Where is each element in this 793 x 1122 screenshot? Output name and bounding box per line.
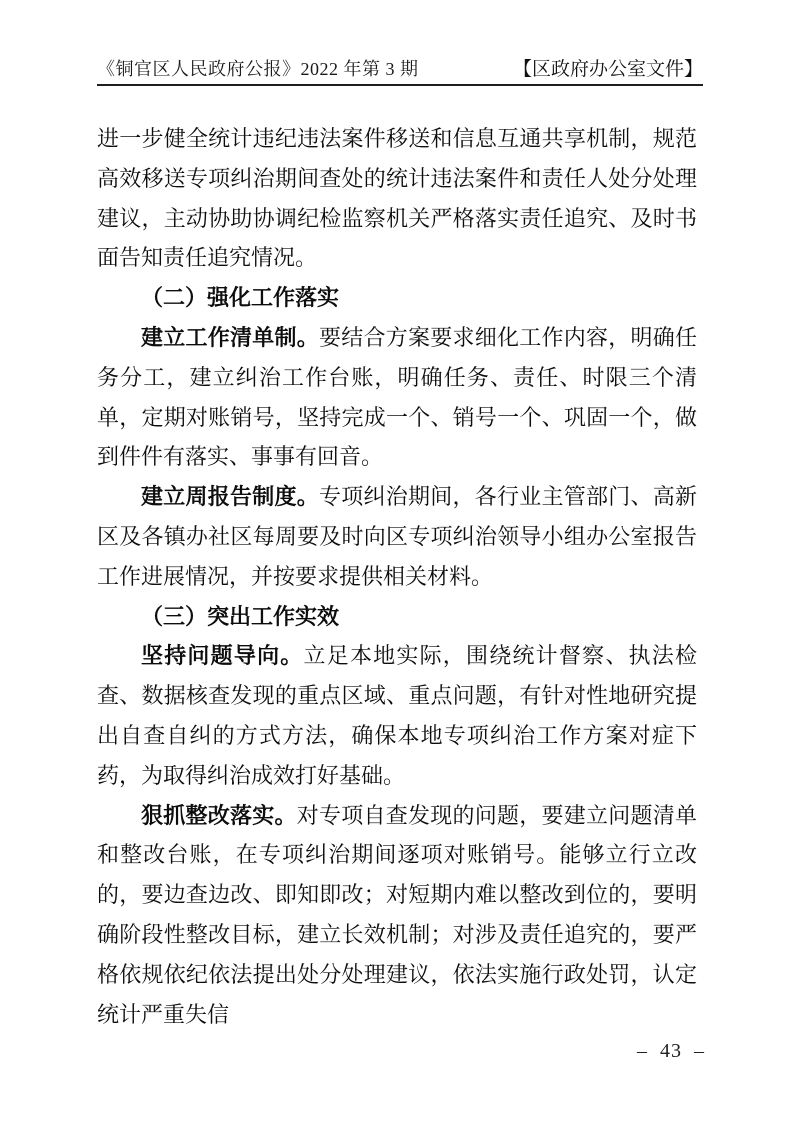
paragraph-work-checklist: 建立工作清单制。要结合方案要求细化工作内容，明确任务分工，建立纠治工作台账，明确… (97, 318, 697, 477)
paragraph-body-rectification: 对专项自查发现的问题，要建立问题清单和整改台账，在专项纠治期间逐项对账销号。能够… (97, 803, 697, 1027)
paragraph-case-transfer-continuation: 进一步健全统计违纪违法案件移送和信息互通共享机制，规范高效移送专项纠治期间查处的… (97, 119, 697, 278)
gazette-title: 《铜官区人民政府公报》2022 年第 3 期 (97, 55, 419, 81)
section-heading-strengthen-implementation: （二）强化工作落实 (97, 278, 697, 318)
page-header: 《铜官区人民政府公报》2022 年第 3 期 【区政府办公室文件】 (97, 54, 703, 81)
document-body: 进一步健全统计违纪违法案件移送和信息互通共享机制，规范高效移送专项纠治期间查处的… (97, 119, 697, 1034)
paragraph-lead-problem-oriented: 坚持问题导向。 (141, 643, 304, 668)
paragraph-lead-rectification: 狠抓整改落实。 (141, 803, 297, 828)
page-number: – 43 – (637, 1040, 705, 1062)
paragraph-weekly-report: 建立周报告制度。专项纠治期间，各行业主管部门、高新区及各镇办社区每周要及时向区专… (97, 477, 697, 596)
paragraph-lead-work-checklist: 建立工作清单制。 (141, 325, 319, 350)
page-footer: – 43 – (97, 1040, 705, 1063)
section-heading-highlight-results: （三）突出工作实效 (97, 597, 697, 637)
paragraph-rectification: 狠抓整改落实。对专项自查发现的问题，要建立问题清单和整改台账，在专项纠治期间逐项… (97, 796, 697, 1035)
document-category-label: 【区政府办公室文件】 (513, 54, 703, 81)
section-heading-text: （二）强化工作落实 (141, 285, 339, 310)
header-rule (97, 84, 703, 86)
document-page: 《铜官区人民政府公报》2022 年第 3 期 【区政府办公室文件】 进一步健全统… (0, 0, 793, 1122)
paragraph-lead-weekly-report: 建立周报告制度。 (141, 484, 319, 509)
paragraph-problem-oriented: 坚持问题导向。立足本地实际，围绕统计督察、执法检查、数据核查发现的重点区域、重点… (97, 636, 697, 795)
section-heading-text: （三）突出工作实效 (141, 604, 339, 629)
